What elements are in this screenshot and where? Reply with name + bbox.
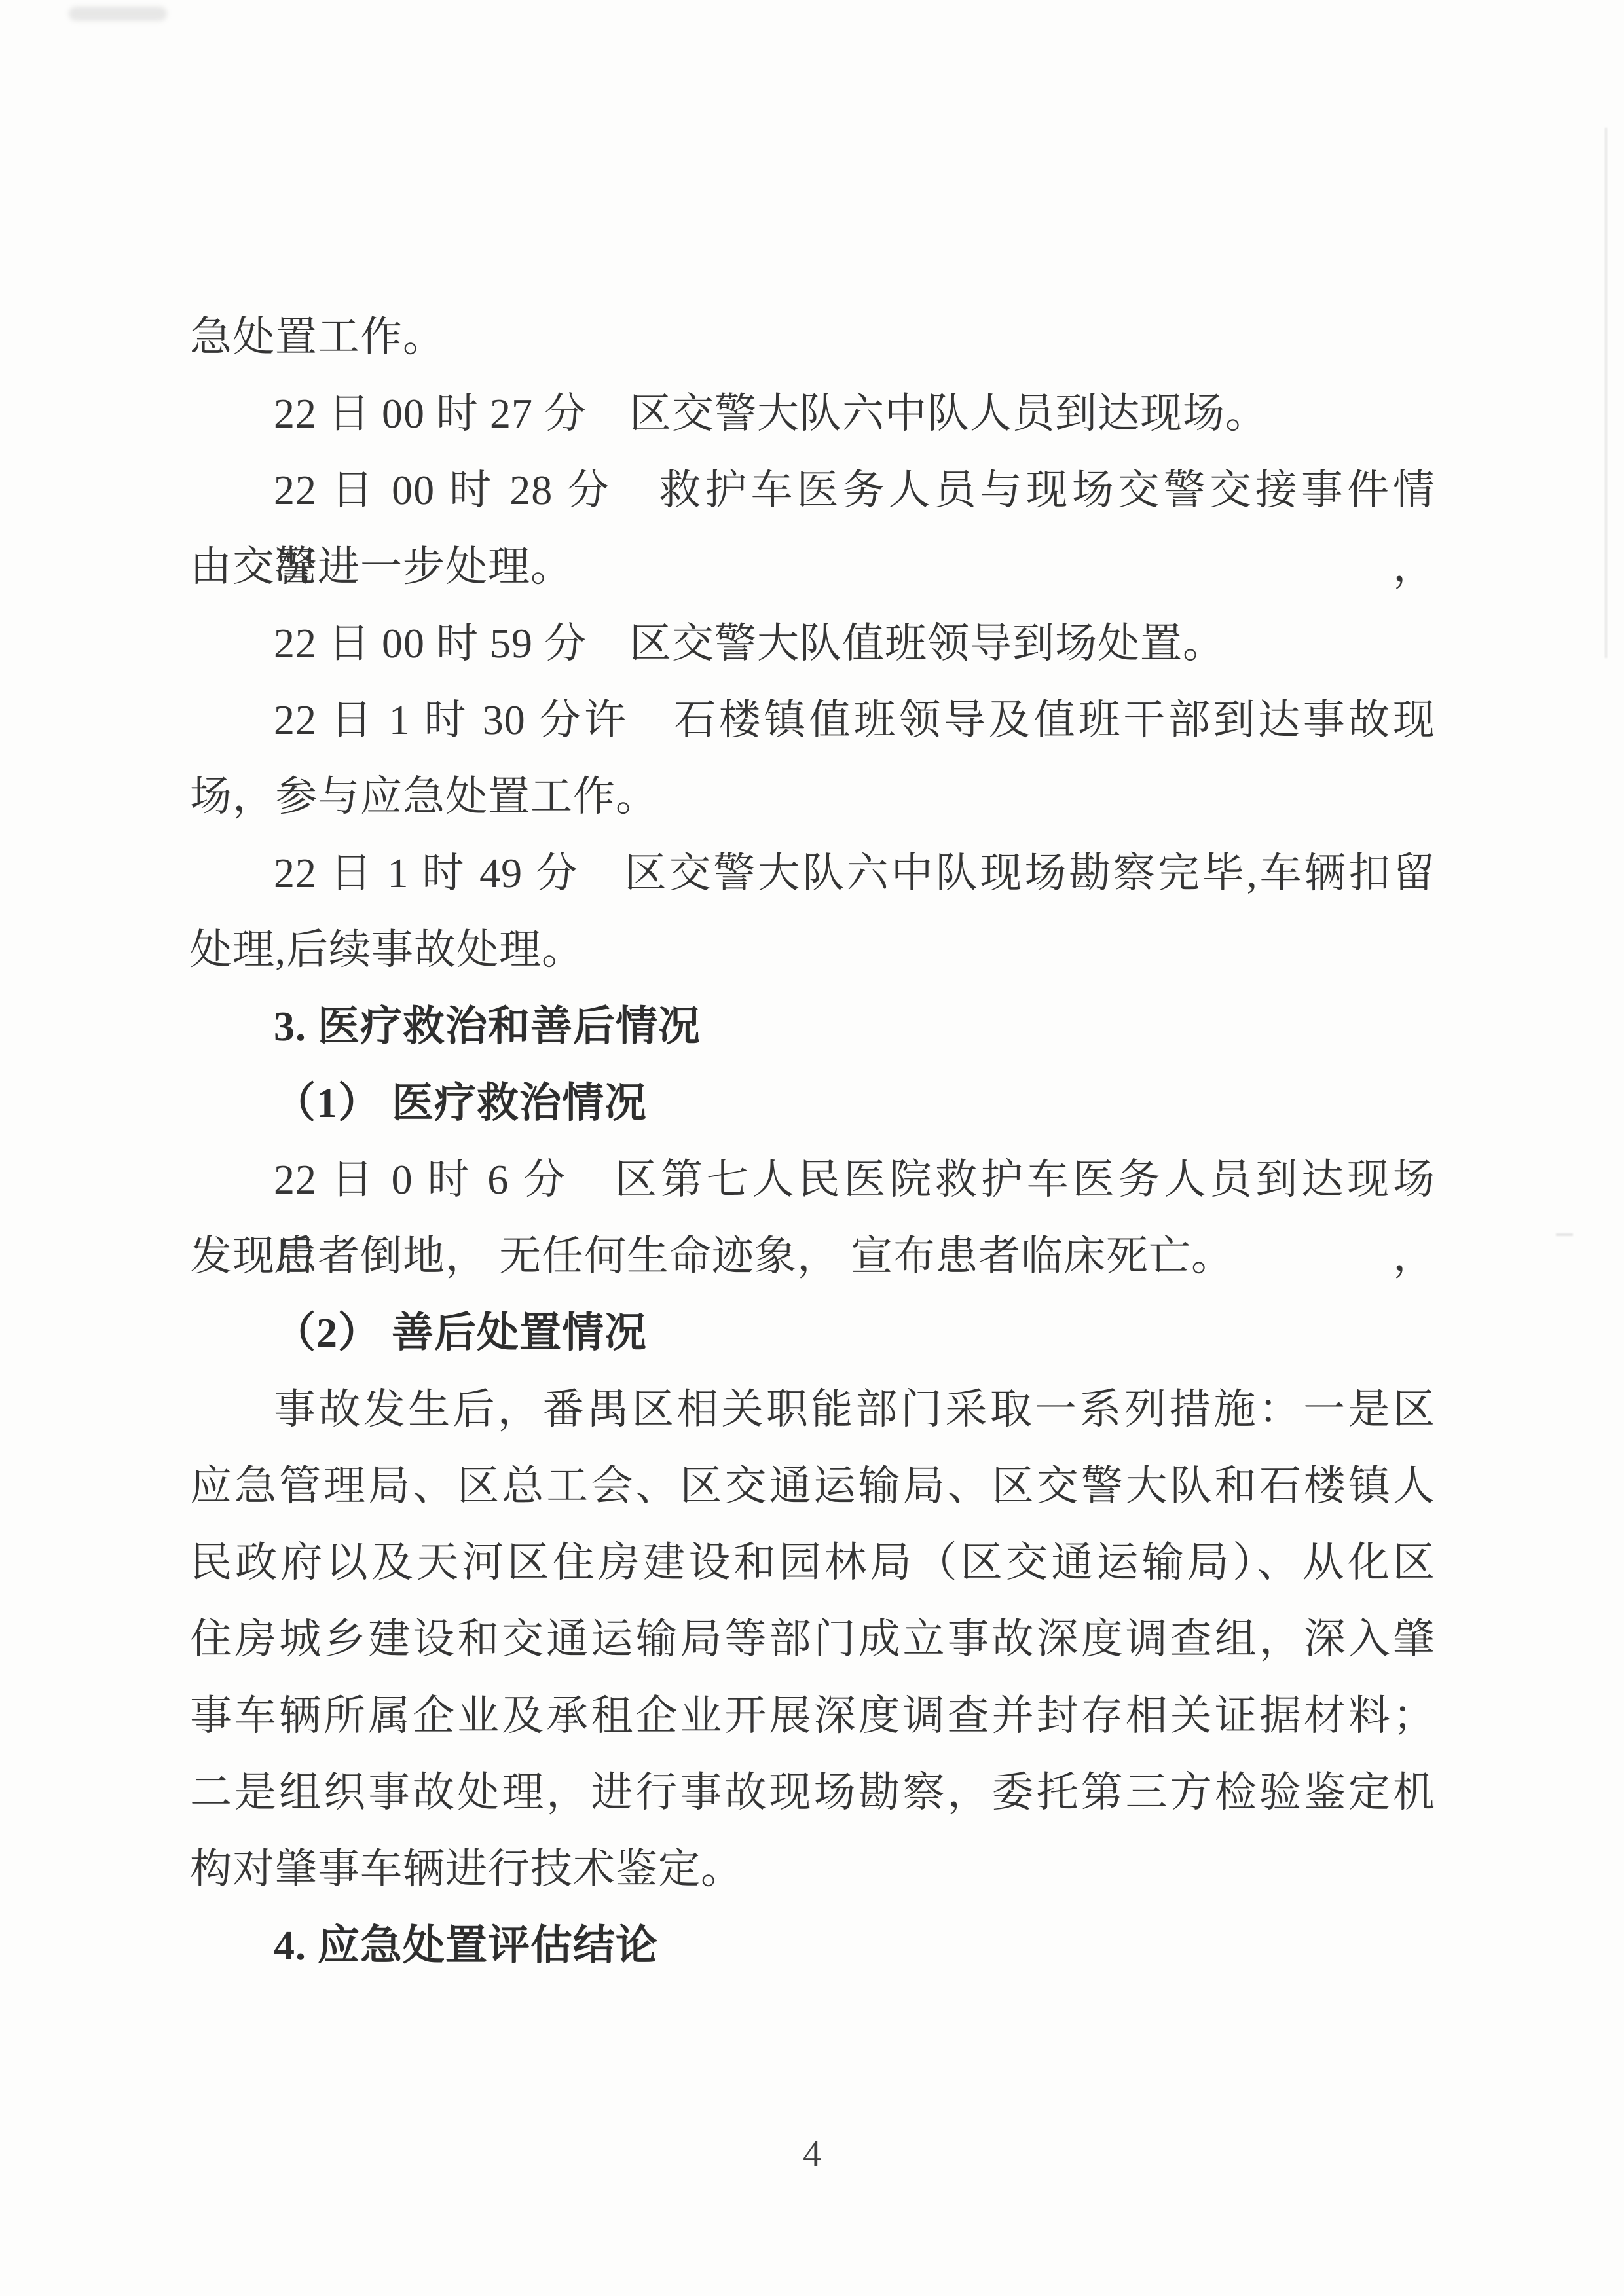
paragraph-line: 构对肇事车辆进行技术鉴定。 <box>190 1831 1435 1907</box>
paragraph-line: 住房城乡建设和交通运输局等部门成立事故深度调查组，深入肇 <box>190 1601 1435 1677</box>
timeline-line: 22 日 1 时 30 分许 石楼镇值班领导及值班干部到达事故现 <box>190 682 1435 758</box>
paragraph-line: 二是组织事故处理，进行事故现场勘察，委托第三方检验鉴定机 <box>190 1754 1435 1831</box>
scan-smudge-artifact <box>69 7 167 21</box>
sub-heading: （1） 医疗救治情况 <box>190 1065 1435 1141</box>
timeline-line: 22 日 00 时 27 分 区交警大队六中队人员到达现场。 <box>190 375 1435 452</box>
paragraph-line: 应急管理局、区总工会、区交通运输局、区交警大队和石楼镇人 <box>190 1448 1435 1524</box>
document-body: 急处置工作。 22 日 00 时 27 分 区交警大队六中队人员到达现场。 22… <box>190 299 1435 1984</box>
document-page: 急处置工作。 22 日 00 时 27 分 区交警大队六中队人员到达现场。 22… <box>0 0 1624 2296</box>
section-heading: 4. 应急处置评估结论 <box>190 1907 1435 1984</box>
paragraph-line: 场，参与应急处置工作。 <box>190 758 1435 835</box>
timeline-line: 22 日 1 时 49 分 区交警大队六中队现场勘察完毕,车辆扣留 <box>190 835 1435 911</box>
scan-streak-artifact <box>1605 128 1607 658</box>
paragraph-line: 事车辆所属企业及承租企业开展深度调查并封存相关证据材料； <box>190 1677 1435 1754</box>
paragraph-line: 民政府以及天河区住房建设和园林局（区交通运输局）、从化区 <box>190 1524 1435 1601</box>
paragraph-line: 处理,后续事故处理。 <box>190 911 1435 988</box>
page-number: 4 <box>0 2133 1624 2175</box>
timeline-line: 22 日 0 时 6 分 区第七人民医院救护车医务人员到达现场后， <box>190 1141 1435 1218</box>
sub-heading: （2） 善后处置情况 <box>190 1294 1435 1371</box>
timeline-line: 22 日 00 时 28 分 救护车医务人员与现场交警交接事件情况， <box>190 452 1435 528</box>
scan-dash-artifact <box>1556 1233 1573 1236</box>
paragraph-line: 事故发生后，番禺区相关职能部门采取一系列措施：一是区 <box>190 1371 1435 1448</box>
section-heading: 3. 医疗救治和善后情况 <box>190 988 1435 1065</box>
paragraph-line: 急处置工作。 <box>190 299 1435 375</box>
timeline-line: 22 日 00 时 59 分 区交警大队值班领导到场处置。 <box>190 605 1435 682</box>
